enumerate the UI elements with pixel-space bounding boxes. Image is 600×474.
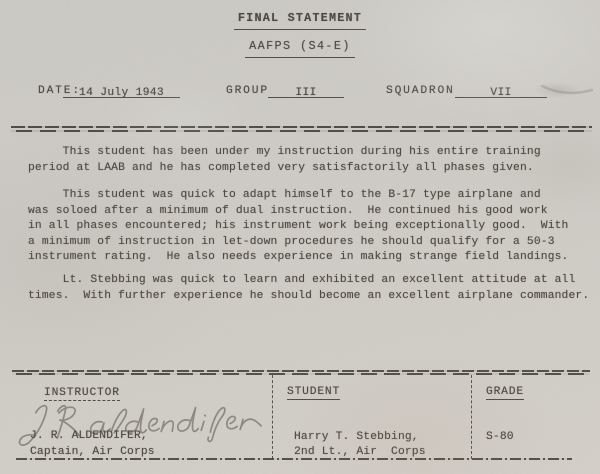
group-underline: III xyxy=(268,82,344,98)
student-header-cell: STUDENT xyxy=(287,385,340,401)
divider-line-bottom xyxy=(11,130,592,132)
section-divider-rule xyxy=(11,126,592,132)
date-underline: 14 July 1943 xyxy=(63,82,180,98)
date-value: 14 July 1943 xyxy=(79,87,164,99)
squadron-underline: VII xyxy=(455,82,547,98)
grade-value: S-80 xyxy=(486,430,514,446)
student-header: STUDENT xyxy=(287,386,340,400)
document-subtitle: AAFPS (S4-E) xyxy=(245,39,355,58)
title-row: FINAL STATEMENT xyxy=(0,11,600,30)
subtitle-row: AAFPS (S4-E) xyxy=(0,39,600,58)
divider-line-top xyxy=(11,126,592,128)
squadron-value: VII xyxy=(490,87,511,99)
column-divider-1 xyxy=(272,375,273,459)
signature-table: INSTRUCTOR STUDENT GRADE J. R. xyxy=(12,370,590,462)
student-rank: 2nd Lt., Air Corps xyxy=(294,445,426,461)
grade-header-cell: GRADE xyxy=(486,385,524,401)
instructor-name: J. R. ALDENDIFER, xyxy=(30,429,148,445)
grade-header: GRADE xyxy=(486,386,524,400)
paragraph-1: This student has been under my instructi… xyxy=(28,145,600,176)
squadron-label: SQUADRON xyxy=(386,84,455,100)
student-name: Harry T. Stebbing, xyxy=(294,430,419,446)
instructor-rank: Captain, Air Corps xyxy=(30,445,155,461)
pencil-smudge xyxy=(540,76,596,104)
document-title: FINAL STATEMENT xyxy=(234,11,366,30)
group-value: III xyxy=(295,87,316,99)
paragraph-2: This student was quick to adapt himself … xyxy=(28,188,600,266)
group-label: GROUP xyxy=(226,84,269,100)
scanned-document: FINAL STATEMENT AAFPS (S4-E) DATE: 14 Ju… xyxy=(0,0,600,474)
table-top-border-1 xyxy=(12,370,590,372)
column-divider-2 xyxy=(471,375,472,459)
table-top-border-2 xyxy=(12,373,590,375)
paragraph-3: Lt. Stebbing was quick to learn and exhi… xyxy=(28,273,600,304)
